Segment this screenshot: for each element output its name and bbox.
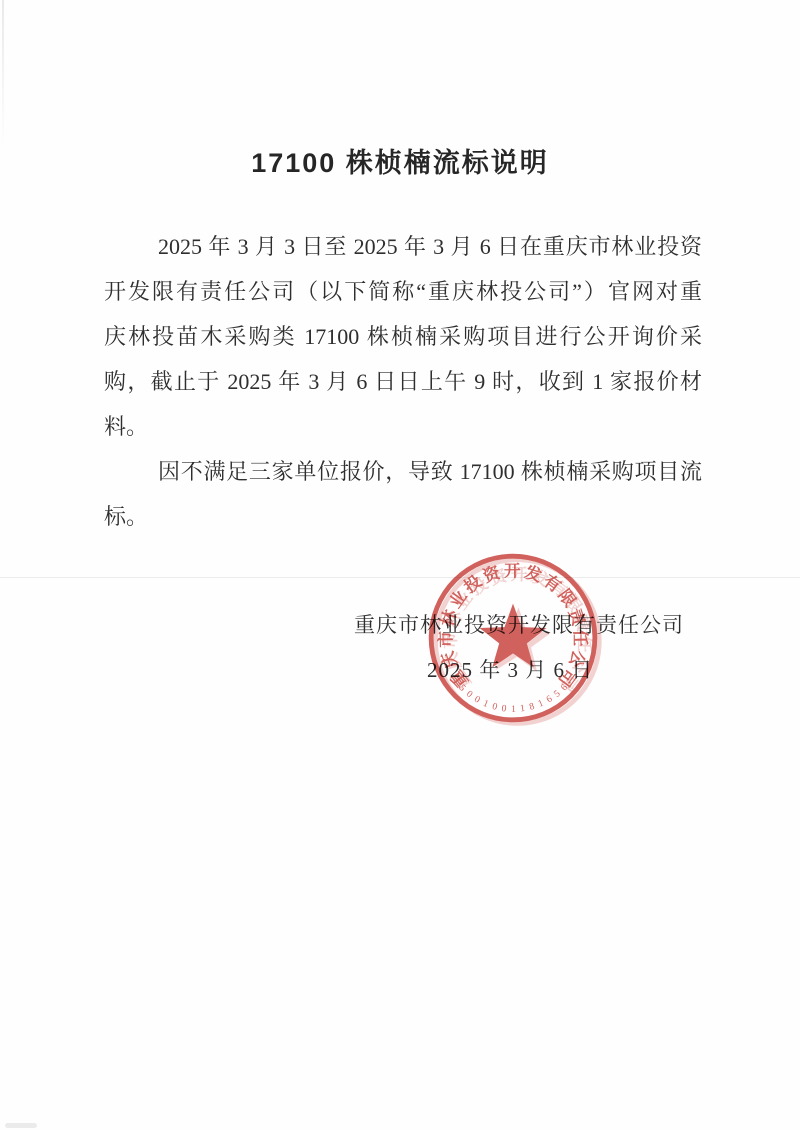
scan-edge-artifact [2,0,4,150]
signature-company: 重庆市林业投资开发限有责任公司 [354,603,684,648]
body-line: 购，截止于 2025 年 3 月 6 日日上午 9 时，收到 1 家报价材 [104,359,702,404]
body-line: 标。 [104,494,702,539]
document-body: 2025 年 3 月 3 日至 2025 年 3 月 6 日在重庆市林业投资 开… [104,224,702,539]
body-line: 开发限有责任公司（以下简称“重庆林投公司”）官网对重 [104,269,702,314]
signature-date: 2025 年 3 月 6 日 [427,648,593,693]
body-line: 庆林投苗木采购类 17100 株桢楠采购项目进行公开询价采 [104,314,702,359]
scan-corner-smudge [5,1123,37,1128]
body-line: 2025 年 3 月 3 日至 2025 年 3 月 6 日在重庆市林业投资 [104,224,702,269]
body-line: 料。 [104,404,702,449]
document-page: 17100 株桢楠流标说明 2025 年 3 月 3 日至 2025 年 3 月… [0,0,800,1131]
scan-fold-line [0,577,800,578]
document-title: 17100 株桢楠流标说明 [0,146,800,180]
body-line: 因不满足三家单位报价，导致 17100 株桢楠采购项目流 [104,449,702,494]
